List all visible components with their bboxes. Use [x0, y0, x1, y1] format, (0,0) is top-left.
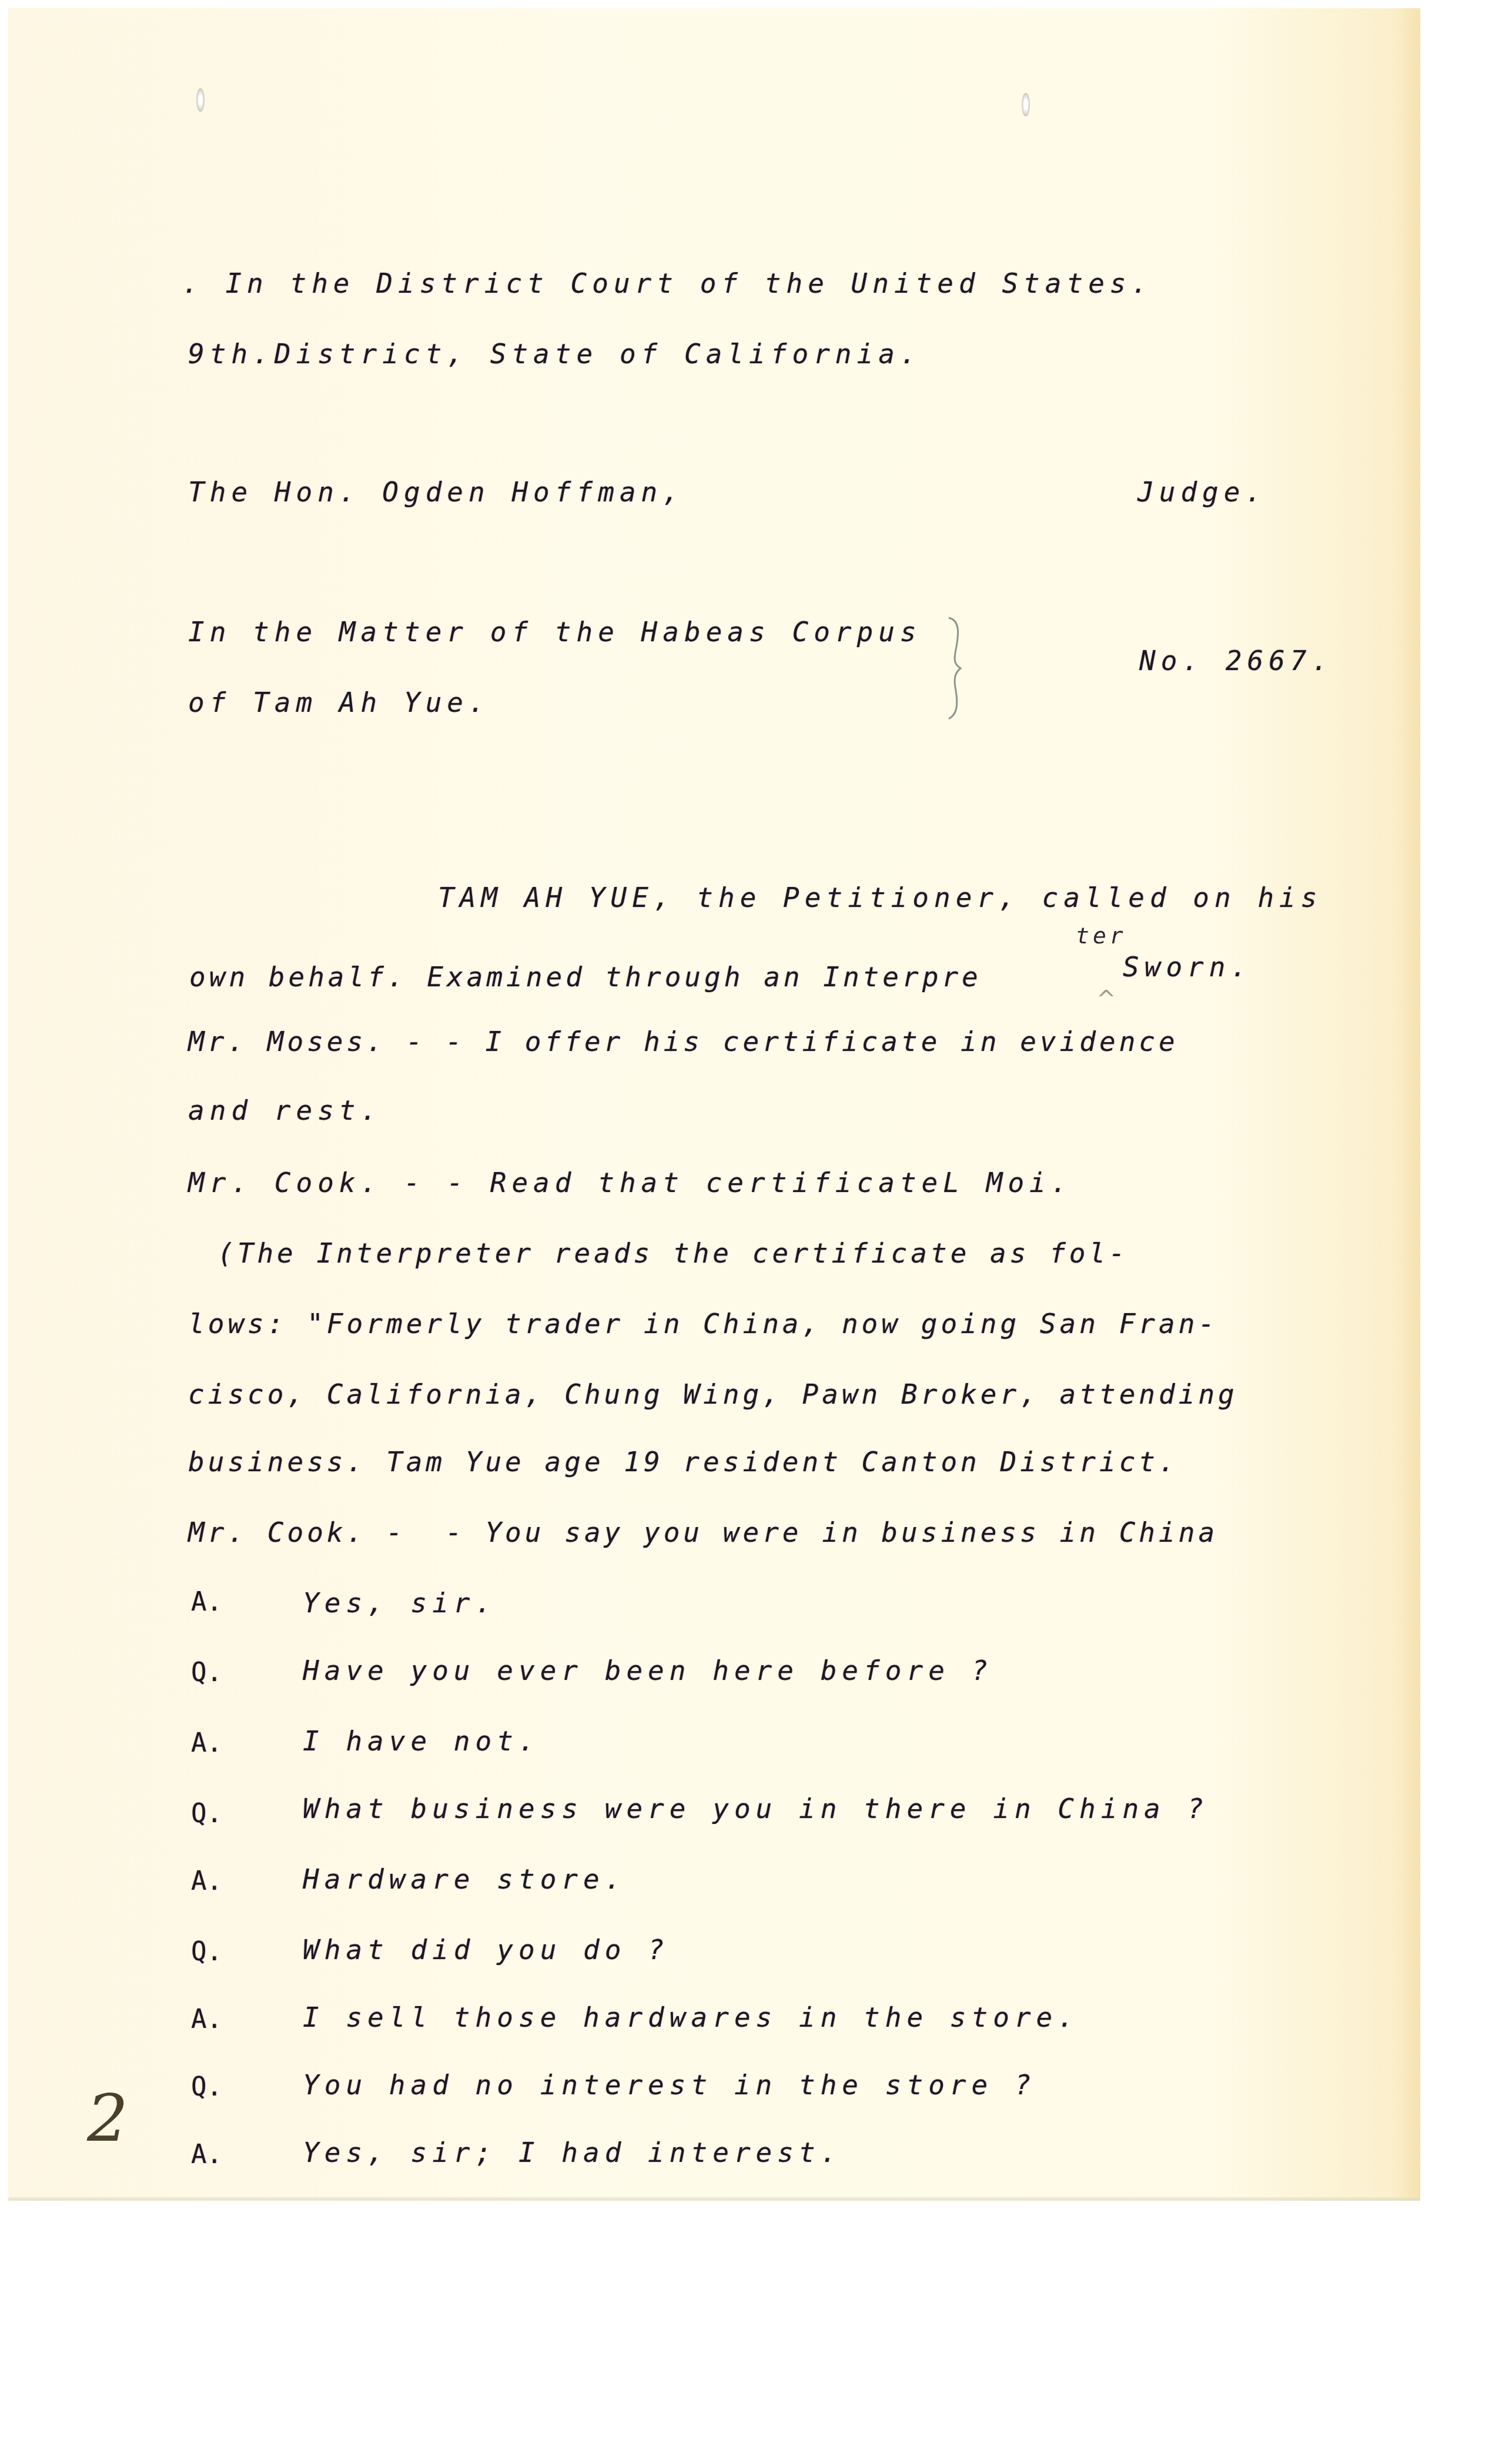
cook-statement-line-1: Mr. Cook. - - Read that certificateL Moi…: [188, 1167, 1072, 1198]
typed-insertion: ter: [1076, 923, 1127, 949]
question-text: Have you ever been here before ?: [303, 1655, 993, 1686]
question-text: What did you do ?: [303, 1934, 670, 1966]
interpreter-line-2: lows: "Formerly trader in China, now goi…: [188, 1308, 1218, 1340]
punch-hole-left-icon: [196, 88, 205, 112]
question-label: Q.: [191, 1658, 222, 1688]
case-number: No. 2667.: [1139, 645, 1333, 677]
answer-text: Yes, sir.: [303, 1587, 497, 1619]
question-label: Q.: [191, 2072, 222, 2102]
insertion-caret-icon: ^: [1096, 986, 1116, 1013]
answer-text: Yes, sir; I had interest.: [303, 2137, 842, 2168]
question-text: You had no interest in the store ?: [303, 2069, 1036, 2101]
cook-statement-line-2: Mr. Cook. - - You say you were in busine…: [188, 1516, 1218, 1548]
answer-label: A.: [191, 1866, 222, 1896]
case-caption-line-2: of Tam Ah Yue.: [188, 687, 490, 718]
moses-statement-line-1: Mr. Moses. - - I offer his certificate i…: [188, 1026, 1179, 1057]
judge-name: The Hon. Ogden Hoffman,: [188, 476, 684, 508]
interpreter-line-4: business. Tam Yue age 19 resident Canton…: [188, 1446, 1179, 1478]
interpreter-line-3: cisco, California, Chung Wing, Pawn Brok…: [188, 1378, 1238, 1410]
answer-text: I have not.: [303, 1725, 540, 1757]
petitioner-intro-line-2: own behalf. Examined through an Interpre: [189, 961, 982, 993]
question-label: Q.: [191, 1799, 222, 1829]
answer-label: A.: [191, 2140, 222, 2170]
district-heading: 9th.District, State of California.: [188, 338, 922, 370]
brace-icon: [946, 614, 970, 720]
punch-hole-right-icon: [1022, 93, 1030, 116]
answer-text: I sell those hardwares in the store.: [303, 2001, 1079, 2033]
answer-label: A.: [191, 1728, 222, 1758]
interpreter-line-1: (The Interpreter reads the certificate a…: [218, 1237, 1129, 1269]
handwritten-page-number: 2: [87, 2081, 128, 2156]
question-text: What business were you in there in China…: [303, 1793, 1209, 1824]
court-heading: . In the District Court of the United St…: [182, 267, 1153, 299]
answer-label: A.: [191, 2004, 222, 2034]
answer-text: Hardware store.: [303, 1863, 626, 1895]
sworn-note: Sworn.: [1123, 951, 1252, 983]
case-caption-line-1: In the Matter of the Habeas Corpus: [188, 616, 922, 648]
moses-statement-line-2: and rest.: [188, 1094, 382, 1126]
judge-title: Judge.: [1137, 476, 1267, 508]
answer-label: A.: [191, 1587, 222, 1617]
page-bottom-edge: [8, 2197, 1420, 2201]
petitioner-intro-line-1: TAM AH YUE, the Petitioner, called on hi…: [438, 882, 1322, 913]
question-label: Q.: [191, 1937, 222, 1967]
